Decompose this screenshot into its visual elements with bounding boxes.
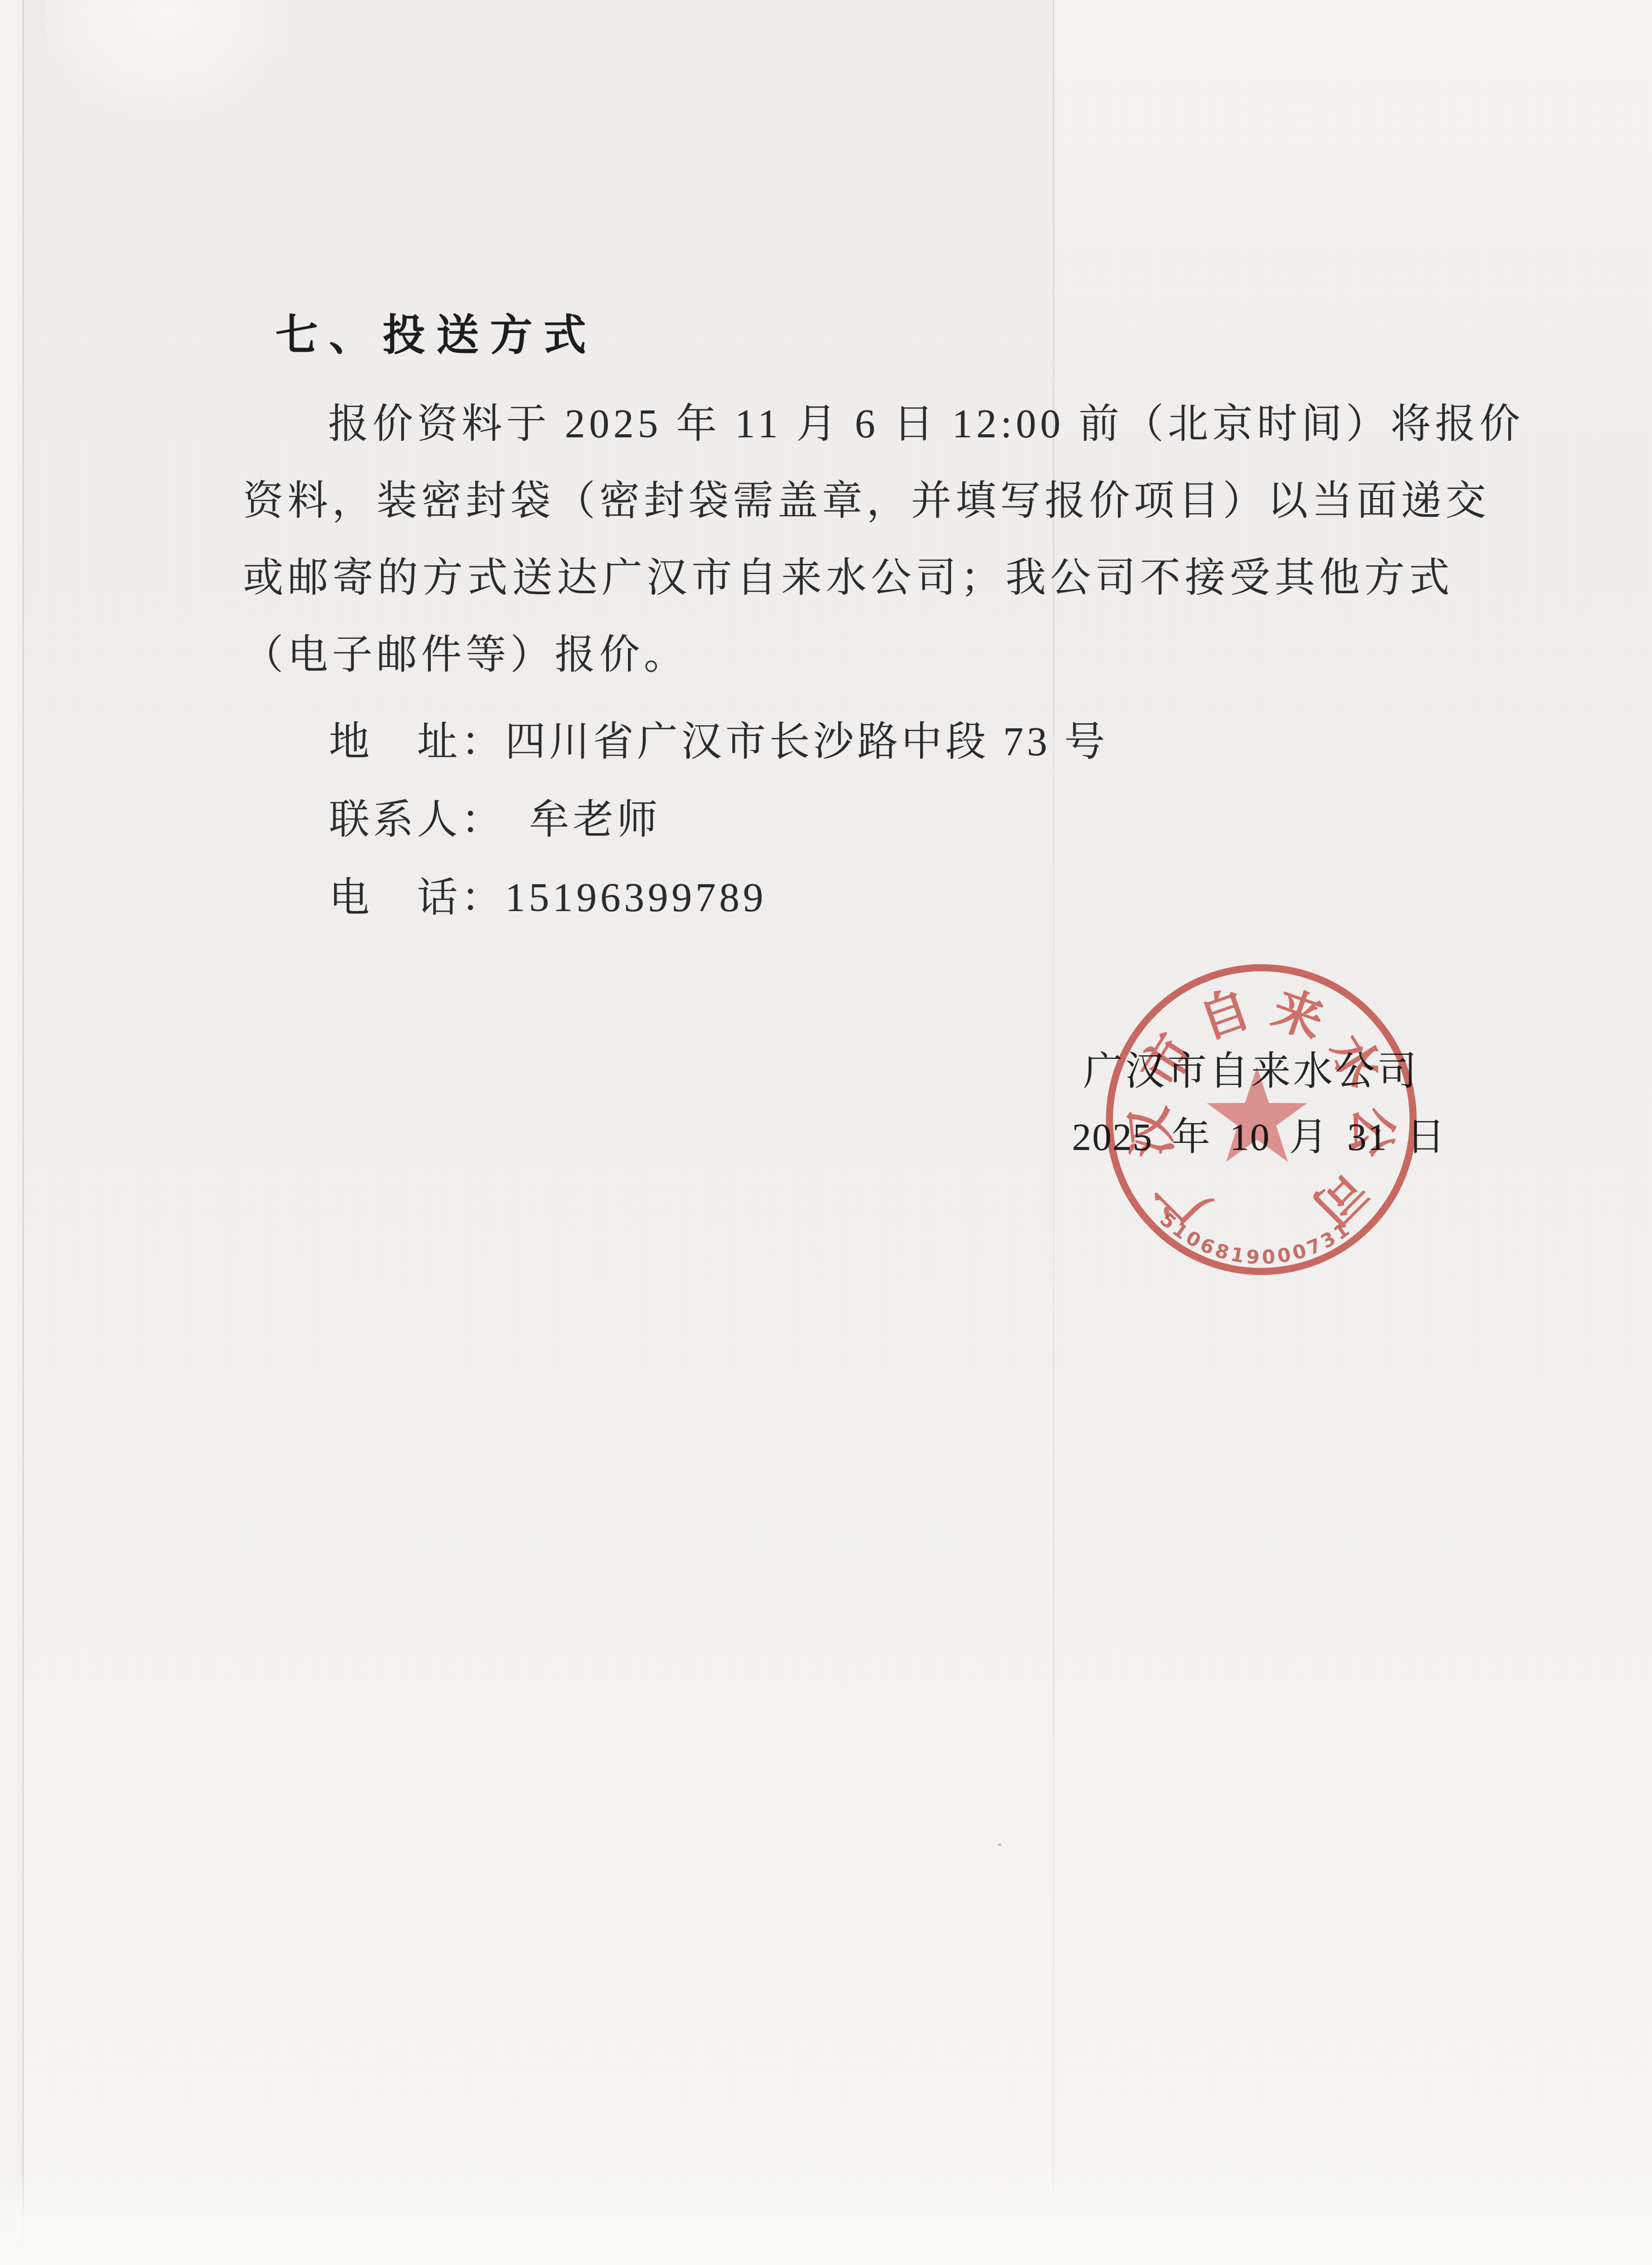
section-title: 七、投送方式 bbox=[275, 314, 597, 356]
ink-speck bbox=[998, 1843, 1001, 1846]
paper-corner-highlight bbox=[46, 0, 309, 132]
paper-bottom-sheen bbox=[0, 2169, 1652, 2265]
contact-line: 联系人： 牟老师 bbox=[329, 796, 661, 844]
paragraph-line-3: 或邮寄的方式送达广汉市自来水公司；我公司不接受其他方式 bbox=[243, 554, 1454, 613]
company-seal: 广汉市自来水公司5106819000731 bbox=[1099, 958, 1423, 1282]
seal-arc-char: 水 bbox=[1318, 1025, 1391, 1096]
paragraph-line-4: （电子邮件等）报价。 bbox=[243, 631, 1454, 690]
paper-left-edge bbox=[0, 0, 24, 2265]
phone-line: 电 话：15196399789 bbox=[329, 874, 767, 922]
seal-arc-char: 汉 bbox=[1122, 1104, 1181, 1160]
seal-arc-char: 自 bbox=[1192, 981, 1257, 1049]
seal-arc-char: 来 bbox=[1265, 981, 1330, 1049]
seal-number-digit: 0 bbox=[1275, 1243, 1292, 1267]
seal-star-icon bbox=[1207, 1067, 1307, 1162]
seal-number-digit: 1 bbox=[1229, 1243, 1246, 1267]
paper-fold-line bbox=[1053, 0, 1054, 2265]
seal-number-digit: 0 bbox=[1261, 1246, 1276, 1268]
seal-number-digit: 9 bbox=[1246, 1246, 1260, 1269]
scanned-document-page: 七、投送方式 报价资料于 2025 年 11 月 6 日 12:00 前（北京时… bbox=[0, 0, 1652, 2265]
address-line: 地 址：四川省广汉市长沙路中段 73 号 bbox=[329, 718, 1108, 766]
paragraph-line-2: 资料，装密封袋（密封袋需盖章，并填写报价项目）以当面递交 bbox=[243, 477, 1454, 537]
paragraph-line-1: 报价资料于 2025 年 11 月 6 日 12:00 前（北京时间）将报价 bbox=[243, 400, 1454, 460]
seal-arc-char: 公 bbox=[1341, 1104, 1400, 1160]
seal-arc-char: 市 bbox=[1132, 1025, 1205, 1096]
